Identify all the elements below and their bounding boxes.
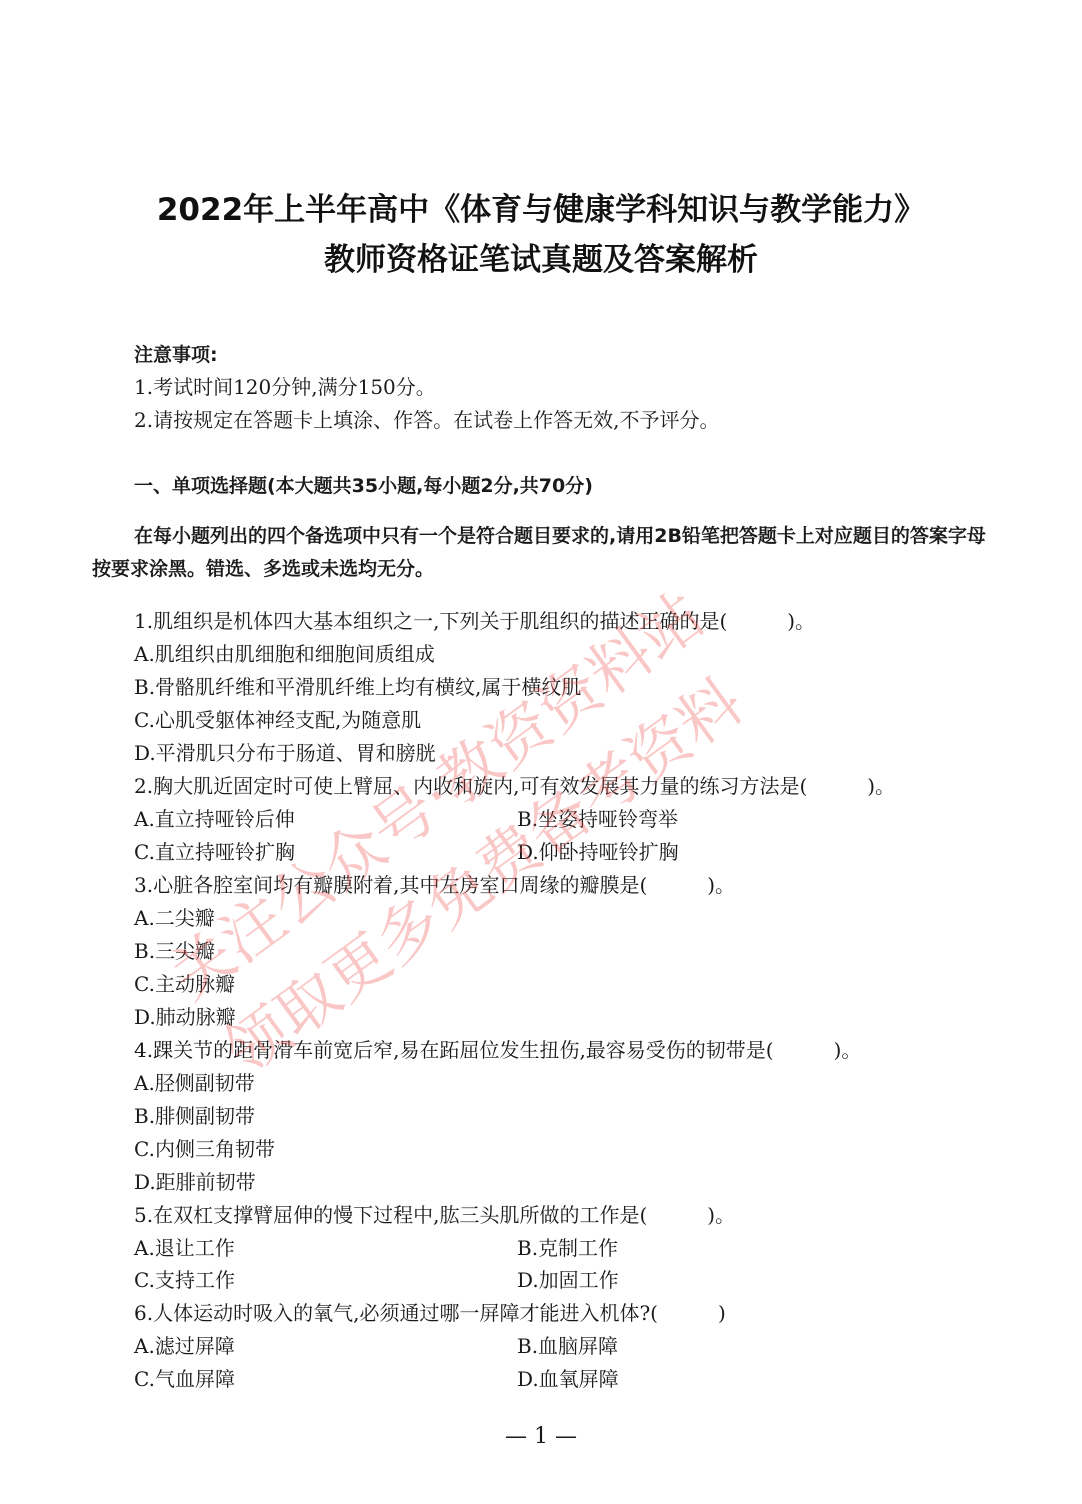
question-4-option-c: C.内侧三角韧带 xyxy=(134,1137,275,1161)
section-instructions: 在每小题列出的四个备选项中只有一个是符合题目要求的,请用2B铅笔把答题卡上对应题… xyxy=(92,520,992,586)
question-1-option-c: C.心肌受躯体神经支配,为随意肌 xyxy=(134,708,421,732)
question-5-option-d: D.加固工作 xyxy=(517,1268,619,1292)
question-5-option-c: C.支持工作 xyxy=(134,1268,235,1292)
question-1-option-d: D.平滑肌只分布于肠道、胃和膀胱 xyxy=(134,741,436,765)
question-6-stem: 6.人体运动时吸入的氧气,必须通过哪一屏障才能进入机体?( ) xyxy=(134,1301,726,1325)
question-6-option-c: C.气血屏障 xyxy=(134,1367,235,1391)
question-1-option-a: A.肌组织由肌细胞和细胞间质组成 xyxy=(134,642,435,666)
page-number: — 1 — xyxy=(0,1424,1082,1449)
question-6-option-d: D.血氧屏障 xyxy=(517,1367,619,1391)
question-1-stem: 1.肌组织是机体四大基本组织之一,下列关于肌组织的描述正确的是( )。 xyxy=(134,609,815,633)
question-4-option-b: B.腓侧副韧带 xyxy=(134,1104,255,1128)
question-6-option-b: B.血脑屏障 xyxy=(517,1334,618,1358)
question-2-stem: 2.胸大肌近固定时可使上臂屈、内收和旋内,可有效发展其力量的练习方法是( )。 xyxy=(134,774,895,798)
question-2-option-d: D.仰卧持哑铃扩胸 xyxy=(517,840,679,864)
question-3-option-d: D.肺动脉瓣 xyxy=(134,1005,236,1029)
document-page: 2022年上半年高中《体育与健康学科知识与教学能力》 教师资格证笔试真题及答案解… xyxy=(0,0,1082,1504)
section-heading: 一、单项选择题(本大题共35小题,每小题2分,共70分) xyxy=(134,474,593,498)
question-5-option-b: B.克制工作 xyxy=(517,1236,618,1260)
notice-item-1: 1.考试时间120分钟,满分150分。 xyxy=(134,375,436,399)
notice-item-2: 2.请按规定在答题卡上填涂、作答。在试卷上作答无效,不予评分。 xyxy=(134,408,719,432)
notice-heading: 注意事项: xyxy=(134,343,218,367)
question-4-stem: 4.踝关节的距骨滑车前宽后窄,易在跖屈位发生扭伤,最容易受伤的韧带是( )。 xyxy=(134,1038,861,1062)
question-3-stem: 3.心脏各腔室间均有瓣膜附着,其中左房室口周缘的瓣膜是( )。 xyxy=(134,873,735,897)
question-2-option-c: C.直立持哑铃扩胸 xyxy=(134,840,295,864)
document-title-line1: 2022年上半年高中《体育与健康学科知识与教学能力》 xyxy=(0,184,1082,229)
question-6-option-a: A.滤过屏障 xyxy=(134,1334,235,1358)
document-title-line2: 教师资格证笔试真题及答案解析 xyxy=(0,234,1082,279)
question-4-option-a: A.胫侧副韧带 xyxy=(134,1071,255,1095)
question-2-option-a: A.直立持哑铃后伸 xyxy=(134,807,295,831)
question-4-option-d: D.距腓前韧带 xyxy=(134,1170,256,1194)
question-3-option-a: A.二尖瓣 xyxy=(134,906,215,930)
question-5-option-a: A.退让工作 xyxy=(134,1236,235,1260)
question-3-option-c: C.主动脉瓣 xyxy=(134,972,235,996)
question-3-option-b: B.三尖瓣 xyxy=(134,939,215,963)
question-2-option-b: B.坐姿持哑铃弯举 xyxy=(517,807,678,831)
question-1-option-b: B.骨骼肌纤维和平滑肌纤维上均有横纹,属于横纹肌 xyxy=(134,675,581,699)
question-5-stem: 5.在双杠支撑臂屈伸的慢下过程中,肱三头肌所做的工作是( )。 xyxy=(134,1203,735,1227)
